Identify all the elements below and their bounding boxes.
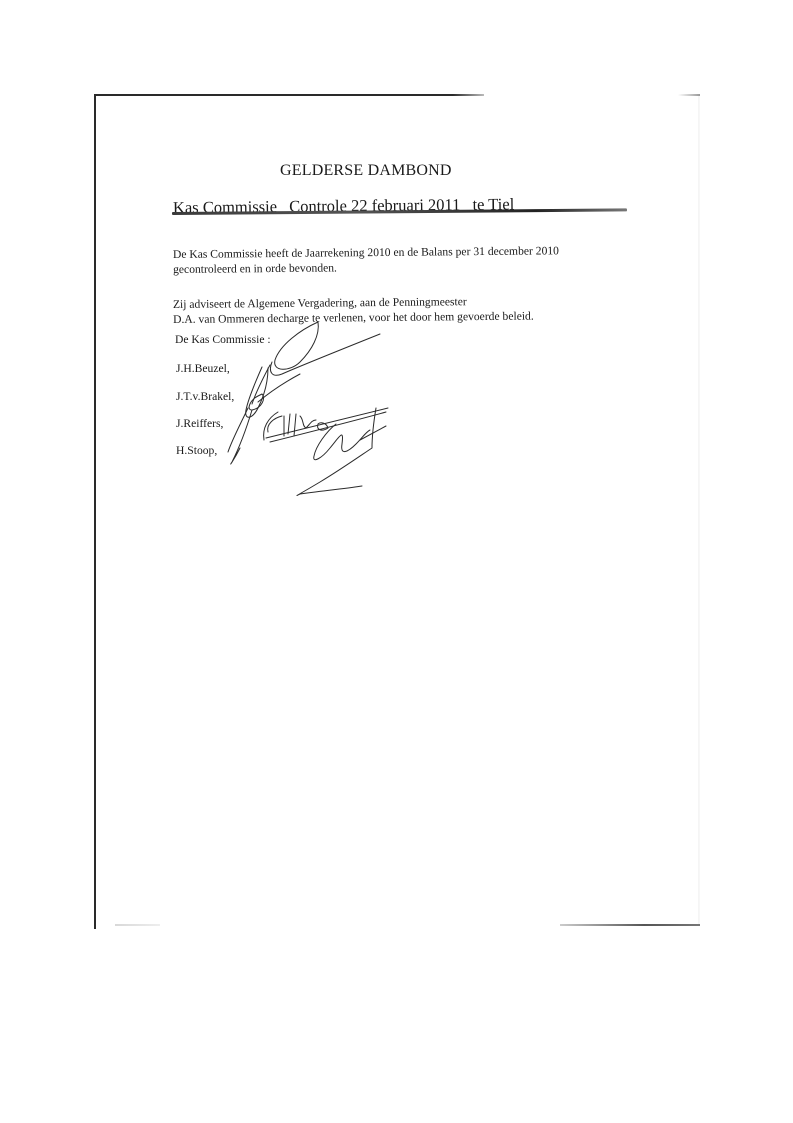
committee-member: J.Reiffers, [176,417,223,430]
paragraph-line: D.A. van Ommeren decharge te verlenen, v… [173,309,534,327]
paragraph-advice: Zij adviseert de Algemene Vergadering, a… [173,294,534,327]
paragraph-line: gecontroleerd en in orde bevonden. [173,258,559,277]
page-edge-left [94,94,96,929]
page-edge-right [698,96,700,926]
signature-reiffers [264,408,388,442]
committee-heading: De Kas Commissie : [175,333,271,346]
committee-member: H.Stoop, [176,444,217,457]
page-edge-top-right [678,94,700,96]
page-edge-bottom [560,924,700,926]
page-edge-top [94,94,484,96]
signature-stoop [297,408,386,496]
paragraph-audit-statement: De Kas Commissie heeft de Jaarrekening 2… [173,243,559,277]
signature-beuzel [252,322,380,404]
signature-brakel [228,367,300,464]
committee-member: J.T.v.Brakel, [176,390,234,403]
committee-member: J.H.Beuzel, [176,362,230,375]
page-edge-bottom-left [115,924,160,926]
organization-title: GELDERSE DAMBOND [280,162,452,180]
scanned-page: GELDERSE DAMBOND Kas Commissie Controle … [0,0,793,1123]
